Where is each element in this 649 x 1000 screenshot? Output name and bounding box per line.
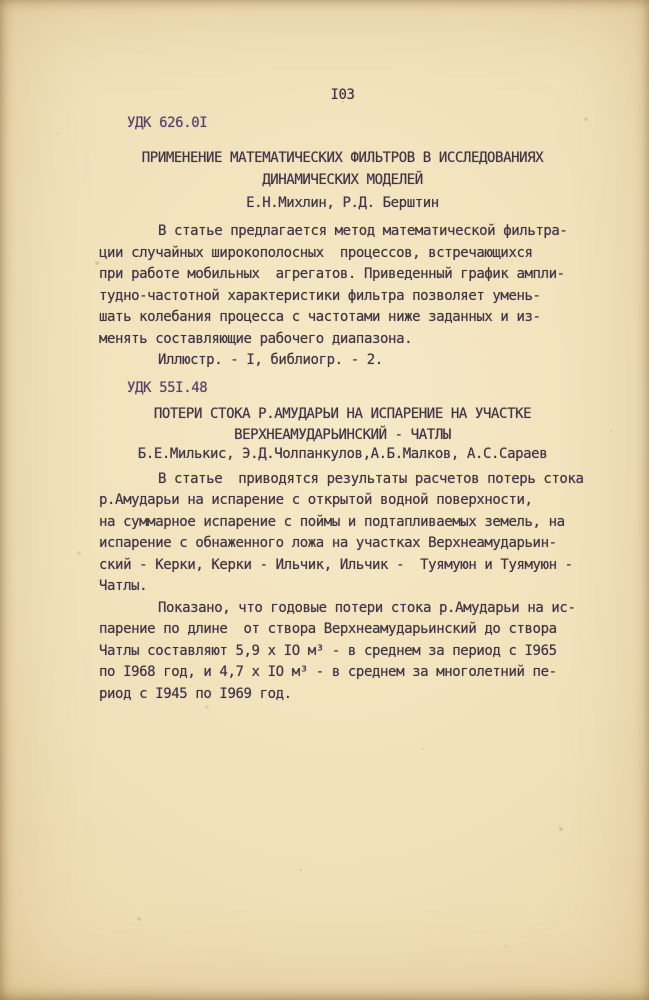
abstract-text-line: парение по длине от створа Верхнеамударь…: [99, 619, 586, 641]
abstract-text-line: ции случайных широкополосных процессов, …: [99, 243, 586, 265]
abstract-text-line: В статье предлагается метод математическ…: [99, 221, 586, 243]
abstract-1-text: В статье предлагается метод математическ…: [99, 221, 586, 372]
abstract-text-line: по I968 год, и 4,7 х IO м³ - в среднем з…: [99, 662, 586, 684]
article-title-line: ВЕРХНЕАМУДАРЬИНСКИЙ - ЧАТЛЫ: [99, 425, 586, 446]
authors-line-2: Б.Е.Милькис, Э.Д.Чолпанкулов,А.Б.Малков,…: [99, 446, 586, 462]
abstract-2: УДК 55I.48 ПОТЕРИ СТОКА Р.АМУДАРЬИ НА ИС…: [99, 380, 586, 706]
abstract-text-line: при работе мобильных агрегатов. Приведен…: [99, 264, 586, 286]
udc-code-2: УДК 55I.48: [99, 380, 586, 396]
page-number: I03: [99, 87, 586, 103]
page-content: I03 УДК 626.0I ПРИМЕНЕНИЕ МАТЕМАТИЧЕСКИХ…: [99, 0, 586, 705]
abstract-1: УДК 626.0I ПРИМЕНЕНИЕ МАТЕМАТИЧЕСКИХ ФИЛ…: [99, 115, 586, 372]
udc-code-1: УДК 626.0I: [99, 115, 586, 131]
article-title-line: ДИНАМИЧЕСКИХ МОДЕЛЕЙ: [99, 169, 586, 191]
article-title-1: ПРИМЕНЕНИЕ МАТЕМАТИЧЕСКИХ ФИЛЬТРОВ В ИСС…: [99, 147, 586, 191]
illustration-note: Иллюстр. - I, библиогр. - 2.: [99, 350, 586, 372]
abstract-text-line: Чатлы составляют 5,9 х IO м³ - в среднем…: [99, 641, 586, 663]
abstract-text-line: тудно-частотной характеристики фильтра п…: [99, 286, 586, 308]
abstract-text-line: Показано, что годовые потери стока р.Аму…: [99, 598, 586, 620]
article-title-line: ПОТЕРИ СТОКА Р.АМУДАРЬИ НА ИСПАРЕНИЕ НА …: [99, 404, 586, 425]
abstract-text-line: р.Амударьи на испарение с открытой водно…: [99, 490, 586, 512]
abstract-text-line: испарение с обнаженного ложа на участках…: [99, 533, 586, 555]
abstract-text-line: на суммарное испарение с поймы и подтапл…: [99, 512, 586, 534]
abstract-text-line: Чатлы.: [99, 576, 586, 598]
abstract-text-line: ский - Керки, Керки - Ильчик, Ильчик - Т…: [99, 555, 586, 577]
abstract-text-line: риод с I945 по I969 год.: [99, 684, 586, 706]
abstract-text-line: шать колебания процесса с частотами ниже…: [99, 307, 586, 329]
authors-line-1: Е.Н.Михлин, Р.Д. Берштин: [99, 195, 586, 211]
article-title-line: ПРИМЕНЕНИЕ МАТЕМАТИЧЕСКИХ ФИЛЬТРОВ В ИСС…: [99, 147, 586, 169]
abstract-2-text: В статье приводятся результаты расчетов …: [99, 469, 586, 706]
article-title-2: ПОТЕРИ СТОКА Р.АМУДАРЬИ НА ИСПАРЕНИЕ НА …: [99, 404, 586, 446]
abstract-text-line: В статье приводятся результаты расчетов …: [99, 469, 586, 491]
abstract-text-line: менять составляющие рабочего диапазона.: [99, 329, 586, 351]
scanned-document-page: I03 УДК 626.0I ПРИМЕНЕНИЕ МАТЕМАТИЧЕСКИХ…: [0, 0, 649, 1000]
